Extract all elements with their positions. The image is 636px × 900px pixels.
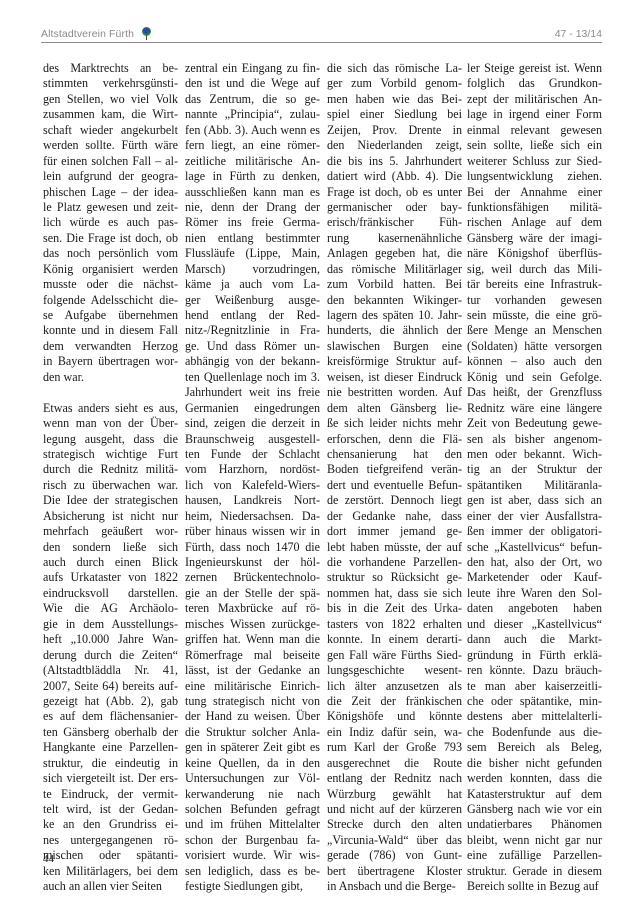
text-line: rüber hinaus wissen wir in [185, 524, 320, 539]
text-line: abhängig von der bekann- [185, 354, 320, 369]
text-line: tasters von 1822 erhalten [327, 617, 462, 632]
text-line: hunderts, die ähnlich der [327, 323, 462, 338]
text-line: sein müsste, die eine grö- [467, 308, 602, 323]
text-line: der Gedanke nahe, dass [327, 509, 462, 524]
text-line: können – also auch den [467, 354, 602, 369]
text-line: auch an allen vier Seiten [43, 879, 178, 894]
text-line: ausschließen kann man es [185, 185, 320, 200]
text-line: Jahrhundert weit ins freie [185, 385, 320, 400]
text-line: einmal relevant gewesen [467, 123, 602, 138]
text-line: sen als bisher angenom- [467, 432, 602, 447]
text-line: ren könnte. Dazu bräuch- [467, 663, 602, 678]
text-line: erforschen, denn die Flä- [327, 432, 462, 447]
text-line: den Niederlanden zeigt, [327, 138, 462, 153]
text-line: zept der militärischen An- [467, 92, 602, 107]
text-line: vorisiert wurde. Wir wis- [185, 848, 320, 863]
text-line: struktur, die eindeutig in [43, 756, 178, 771]
text-line: bis in die Zeit des Urka- [327, 601, 462, 616]
text-line: gie in dem Ausstellungs- [43, 617, 178, 632]
text-line: le Platz gewesen und zeit- [43, 200, 178, 215]
text-line: den war. [43, 370, 178, 385]
text-line: solchen Befunden gefragt [185, 802, 320, 817]
text-line: folglich das Grundkon- [467, 76, 602, 91]
text-line: Boden tiefgreifend verän- [327, 462, 462, 477]
text-line: den bekannten Wikinger- [327, 293, 462, 308]
text-line: lein aufgrund der geogra- [43, 169, 178, 184]
text-line: spiel einer Siedlung bei [327, 107, 462, 122]
text-line: lässt, ist der Gedanke an [185, 663, 320, 678]
text-line: germanischer oder bay- [327, 200, 462, 215]
text-line: den hat, also der Ort, wo [467, 555, 602, 570]
text-line: rum Karl der Große 793 [327, 740, 462, 755]
column-1: des Marktrechts an be-stimmten verkehrsg… [43, 61, 178, 895]
text-line: werden sollte. Fürth wäre [43, 138, 178, 153]
text-line: zeitliche militärische An- [185, 154, 320, 169]
text-line: Zeit von Bedeutung gewe- [467, 416, 602, 431]
paragraph: Etwas anders sieht es aus,wenn man von d… [43, 401, 178, 895]
text-line: Frage ist doch, ob es unter [327, 185, 462, 200]
text-line: Strecke durch den alten [327, 817, 462, 832]
text-line: rung kasernenähnliche [327, 231, 462, 246]
page-number: 44 [43, 853, 54, 865]
text-line: Etwas anders sieht es aus, [43, 401, 178, 416]
text-line: Würzburg gewählt hat [327, 787, 462, 802]
text-line: Marsch) vorzudringen, [185, 262, 320, 277]
text-line: Römerfrage mal beiseite [185, 648, 320, 663]
text-line: men haben wie das Bei- [327, 92, 462, 107]
text-line: wenn man von der Über- [43, 416, 178, 431]
text-line: dem verwandten Herzog [43, 339, 178, 354]
text-line: bert übertragene Kloster [327, 864, 462, 879]
text-line: die bisher nicht gefunden [467, 756, 602, 771]
text-line: gie an der Stelle der spä- [185, 586, 320, 601]
text-line: sen lediglich, dass es be- [185, 864, 320, 879]
text-line: es auf dem flächensanier- [43, 709, 178, 724]
text-line: fern liegt, an eine römer- [185, 138, 320, 153]
text-line: Römer ins freie Germa- [185, 215, 320, 230]
text-line: Gänsberg wäre der imagi- [467, 231, 602, 246]
text-line: nommen hat, dass sie sich [327, 586, 462, 601]
text-line: te man aber kaiserzeitli- [467, 679, 602, 694]
text-line: tig an der Struktur der [467, 462, 602, 477]
text-line: ten Quellenlage noch im 3. [185, 370, 320, 385]
text-line: griffen hat. Wenn man die [185, 632, 320, 647]
text-line: entlang der Rednitz nach [327, 771, 462, 786]
text-line: und dieser „Kastellvicus“ [467, 617, 602, 632]
text-line: folgende Adelsschicht die- [43, 293, 178, 308]
text-line: Bei der Annahme einer [467, 185, 602, 200]
text-line: Braunschweig ausgestell- [185, 432, 320, 447]
issue-number: 47 - 13/14 [555, 28, 602, 40]
text-line: gen Stellen, wo viel Volk [43, 92, 178, 107]
paragraph: die sich das römische La-ger zum Vorbild… [327, 61, 462, 895]
text-line: che Bodenfunde aus die- [467, 725, 602, 740]
text-line: sind, zeigen die derzeit in [185, 416, 320, 431]
text-line: funktionsfähigen militä- [467, 200, 602, 215]
header-left: Altstadtverein Fürth [41, 27, 151, 40]
text-line: für einen solchen Fall – al- [43, 154, 178, 169]
text-line: König organisiert werden [43, 262, 178, 277]
text-line: Untersuchungen zur Völ- [185, 771, 320, 786]
publication-name: Altstadtverein Fürth [41, 28, 134, 40]
text-line: zum Vorbild hatten. Bei [327, 277, 462, 292]
text-line: gründung in Fürth erklä- [467, 648, 602, 663]
text-line: Rednitz wäre eine längere [467, 401, 602, 416]
text-line: ger Weißenburg ausge- [185, 293, 320, 308]
text-line: Anlagen gegeben hat, die [327, 246, 462, 261]
text-line: lich älter anzusetzen als [327, 679, 462, 694]
text-line: ger zum Vorbild genom- [327, 76, 462, 91]
text-line: tung strategisch nicht von [185, 694, 320, 709]
text-line: kreisförmige Struktur auf- [327, 354, 462, 369]
text-line: näre Königshof überflüs- [467, 246, 602, 261]
text-line: Das heißt, der Grenzfluss [467, 385, 602, 400]
text-line: das römische Militärlager [327, 262, 462, 277]
text-line: keine Quellen, da in den [185, 756, 320, 771]
text-line: gerade (786) von Gunt- [327, 848, 462, 863]
text-line: schon der Burgenbau fa- [185, 833, 320, 848]
text-line: hausen, Landkreis Nort- [185, 493, 320, 508]
text-line: die Struktur solcher Anla- [185, 725, 320, 740]
article-body: des Marktrechts an be-stimmten verkehrsg… [43, 61, 602, 841]
paragraph: ler Steige gereist ist. Wennfolglich das… [467, 61, 602, 895]
text-line: lich würde es auch pas- [43, 215, 178, 230]
text-line: men oder bekannt. Wich- [467, 447, 602, 462]
text-line: Ingenieurskunst der höl- [185, 555, 320, 570]
text-line: ßen immer der obligatori- [467, 524, 602, 539]
text-line: undatierbares Phänomen [467, 817, 602, 832]
text-line: teren Maxbrücke auf rö- [185, 601, 320, 616]
text-line: die Zeit der fränkischen [327, 694, 462, 709]
paragraph: des Marktrechts an be-stimmten verkehrsg… [43, 61, 178, 385]
text-line: lungsentwicklung ziehen. [467, 169, 602, 184]
text-line: tur vorhanden gewesen [467, 293, 602, 308]
text-line: konnte. In einem derarti- [327, 632, 462, 647]
text-line: Königshöfe und könnte [327, 709, 462, 724]
text-line: gezeigt hat (Abb. 2), gab [43, 694, 178, 709]
text-line: kerwanderung nie nach [185, 787, 320, 802]
text-line: ken Militärlagers, bei dem [43, 864, 178, 879]
text-line: konnte und in diesem Fall [43, 323, 178, 338]
text-line: leute ihre Waren den Sol- [467, 586, 602, 601]
text-line: Absicherung ist nicht nur [43, 509, 178, 524]
text-line: Die Idee der strategischen [43, 493, 178, 508]
text-line: se Aufgabe übernehmen [43, 308, 178, 323]
text-line: gen Fall wäre Fürths Sied- [327, 648, 462, 663]
text-line: ausgerechnet die Route [327, 756, 462, 771]
text-line: sig, weil durch das Mili- [467, 262, 602, 277]
text-line: (Soldaten) hätte versorgen [467, 339, 602, 354]
text-line: das noch persönlich vom [43, 246, 178, 261]
text-line: sche „Kastellvicus“ befun- [467, 540, 602, 555]
text-line: durch die Rednitz militä- [43, 462, 178, 477]
tree-stem [146, 35, 147, 40]
column-4: ler Steige gereist ist. Wennfolglich das… [467, 61, 602, 895]
text-line: nes untergegangenen rö- [43, 833, 178, 848]
text-line: der Hand zu weisen. Über [185, 709, 320, 724]
text-line: gen ist aber, dass sich an [467, 493, 602, 508]
text-line: struktur. Gerade in diesem [467, 864, 602, 879]
text-line: und im frühen Mittelalter [185, 817, 320, 832]
text-line: nannte „Principia“, zulau- [185, 107, 320, 122]
text-line: weisen, ist dieser Eindruck [327, 370, 462, 385]
text-line: sen. Die Frage ist doch, ob [43, 231, 178, 246]
text-line: einer der vier Ausfallstra- [467, 509, 602, 524]
text-line: strategisch wichtige Furt [43, 447, 178, 462]
text-line: 2007, Seite 64) bereits auf- [43, 679, 178, 694]
column-2: zentral ein Eingang zu fin-den ist und d… [185, 61, 320, 895]
text-line: dert und eventuelle Befun- [327, 478, 462, 493]
text-line: zentral ein Eingang zu fin- [185, 61, 320, 76]
text-line: nie bestritten worden. Auf [327, 385, 462, 400]
text-line: bleibt, wenn nicht gar nur [467, 833, 602, 848]
text-line: ler Steige gereist ist. Wenn [467, 61, 602, 76]
text-line: struktur so Rücksicht ge- [327, 570, 462, 585]
text-line: ke an den Grundriss ei- [43, 817, 178, 832]
text-line: käme ja auch vom La- [185, 277, 320, 292]
running-header: Altstadtverein Fürth 47 - 13/14 [41, 26, 602, 43]
text-line: Zeijen, Prov. Drente in [327, 123, 462, 138]
text-line: rischen Anlage auf dem [467, 215, 602, 230]
text-line: dort immer jemand ge- [327, 524, 462, 539]
text-line: die vorhandene Parzellen- [327, 555, 462, 570]
text-line: des Marktrechts an be- [43, 61, 178, 76]
text-line: che oder spätantike, min- [467, 694, 602, 709]
text-line: Katasterstruktur auf dem [467, 787, 602, 802]
text-line: datiert wird (Abb. 4). Die [327, 169, 462, 184]
text-line: Gänsberg nach wie vor ein [467, 802, 602, 817]
text-line: nien entlang bestimmter [185, 231, 320, 246]
text-line: mischen oder spätanti- [43, 848, 178, 863]
text-line: lebt haben müsste, der auf [327, 540, 462, 555]
text-line: eindrucksvoll darstellen. [43, 586, 178, 601]
text-line: lungsgeschichte wesent- [327, 663, 462, 678]
text-line: phischen Lage – der idea- [43, 185, 178, 200]
text-line: in Ansbach und die Berge- [327, 879, 462, 894]
text-line: Marketender oder Kauf- [467, 570, 602, 585]
text-line: Flussläufe (Lippe, Main, [185, 246, 320, 261]
text-line: werden konnten, dass die [467, 771, 602, 786]
text-line: den ist und die Wege auf [185, 76, 320, 91]
text-line: schaft wieder angekurbelt [43, 123, 178, 138]
text-line: ten Gänsberg oberhalb der [43, 725, 178, 740]
text-line: telt wird, ist der Gedan- [43, 802, 178, 817]
text-line: eine zufällige Parzellen- [467, 848, 602, 863]
text-line: eine militärische Einrich- [185, 679, 320, 694]
text-line: vom Harzhorn, nordöst- [185, 462, 320, 477]
text-line: gen in späterer Zeit gibt es [185, 740, 320, 755]
text-line: Germanien eingedrungen [185, 401, 320, 416]
text-line: die bis ins 5. Jahrhundert [327, 154, 462, 169]
text-line: die sich das römische La- [327, 61, 462, 76]
text-line: lage in irgend einer Form [467, 107, 602, 122]
text-line: erisch/fränkischer Füh- [327, 215, 462, 230]
text-line: hend entlang der Red- [185, 308, 320, 323]
text-line: aufs Urkataster von 1822 [43, 570, 178, 585]
text-line: König und sein Gefolge. [467, 370, 602, 385]
text-line: legung ausgeht, dass die [43, 432, 178, 447]
text-line: sem Bereich als Beleg, [467, 740, 602, 755]
text-line: mehrfach geäußert wor- [43, 524, 178, 539]
text-line: chensanierung hat den [327, 447, 462, 462]
text-line: risch zu überwachen war. [43, 478, 178, 493]
tree-icon [142, 27, 151, 40]
text-line: nie, denn der Drang der [185, 200, 320, 215]
text-line: Fürth, dass noch 1470 die [185, 540, 320, 555]
text-line: tär bereits eine Infrastruk- [467, 277, 602, 292]
text-line: und nicht auf der kürzeren [327, 802, 462, 817]
text-line: ge. Und dass Römer un- [185, 339, 320, 354]
text-line: daten angeboten haben [467, 601, 602, 616]
text-line: nitz-/Regnitzlinie in Fra- [185, 323, 320, 338]
text-line: spätantiken Militäranla- [467, 478, 602, 493]
column-3: die sich das römische La-ger zum Vorbild… [327, 61, 462, 895]
text-line: musste oder die nächst- [43, 277, 178, 292]
text-line: sich viergeteilt ist. Der ers- [43, 771, 178, 786]
text-line: ßere Menge an Menschen [467, 323, 602, 338]
text-line: de zerstört. Dennoch liegt [327, 493, 462, 508]
text-line: derung durch die Zeiten“ [43, 648, 178, 663]
text-line: slawischen Burgen eine [327, 339, 462, 354]
text-line: Bereich sollte in Bezug auf [467, 879, 602, 894]
text-line: sein sollte, ließe sich ein [467, 138, 602, 153]
text-line: (Altstadtbläddla Nr. 41, [43, 663, 178, 678]
text-line: ten Funde der Schlacht [185, 447, 320, 462]
text-line: auch durch einen Blick [43, 555, 178, 570]
text-line: destens aber mittelalterli- [467, 709, 602, 724]
text-line: in Bayern übertragen wor- [43, 354, 178, 369]
text-line: weiterer Schluss zur Sied- [467, 154, 602, 169]
text-line: ein Indiz dafür sein, wa- [327, 725, 462, 740]
text-line: dann auch die Markt- [467, 632, 602, 647]
text-line: lagern des späten 10. Jahr- [327, 308, 462, 323]
text-line: heft „10.000 Jahre Wan- [43, 632, 178, 647]
text-line: lage in Fürth zu denken, [185, 169, 320, 184]
text-line: fen (Abb. 3). Auch wenn es [185, 123, 320, 138]
text-line: dem alten Gänsberg lie- [327, 401, 462, 416]
text-line: te Eindruck, der vermit- [43, 787, 178, 802]
text-line: zernen Brückentechnolo- [185, 570, 320, 585]
text-line: stimmten verkehrsgünsti- [43, 76, 178, 91]
text-line: Wie die AG Archäolo- [43, 601, 178, 616]
text-line: ße sich leider nichts mehr [327, 416, 462, 431]
text-line: lich von Kalefeld-Wiers- [185, 478, 320, 493]
text-line: den sondern ließe sich [43, 540, 178, 555]
text-line: heim, Niedersachsen. Da- [185, 509, 320, 524]
text-line: Hangkante eine Parzellen- [43, 740, 178, 755]
text-line: das Zentrum, die so ge- [185, 92, 320, 107]
text-line: festigte Siedlungen gibt, [185, 879, 320, 894]
text-line: zusammen kam, die Wirt- [43, 107, 178, 122]
text-line: misches Wissen zurückge- [185, 617, 320, 632]
text-line: „Vircunia-Wald“ über das [327, 833, 462, 848]
paragraph: zentral ein Eingang zu fin-den ist und d… [185, 61, 320, 895]
